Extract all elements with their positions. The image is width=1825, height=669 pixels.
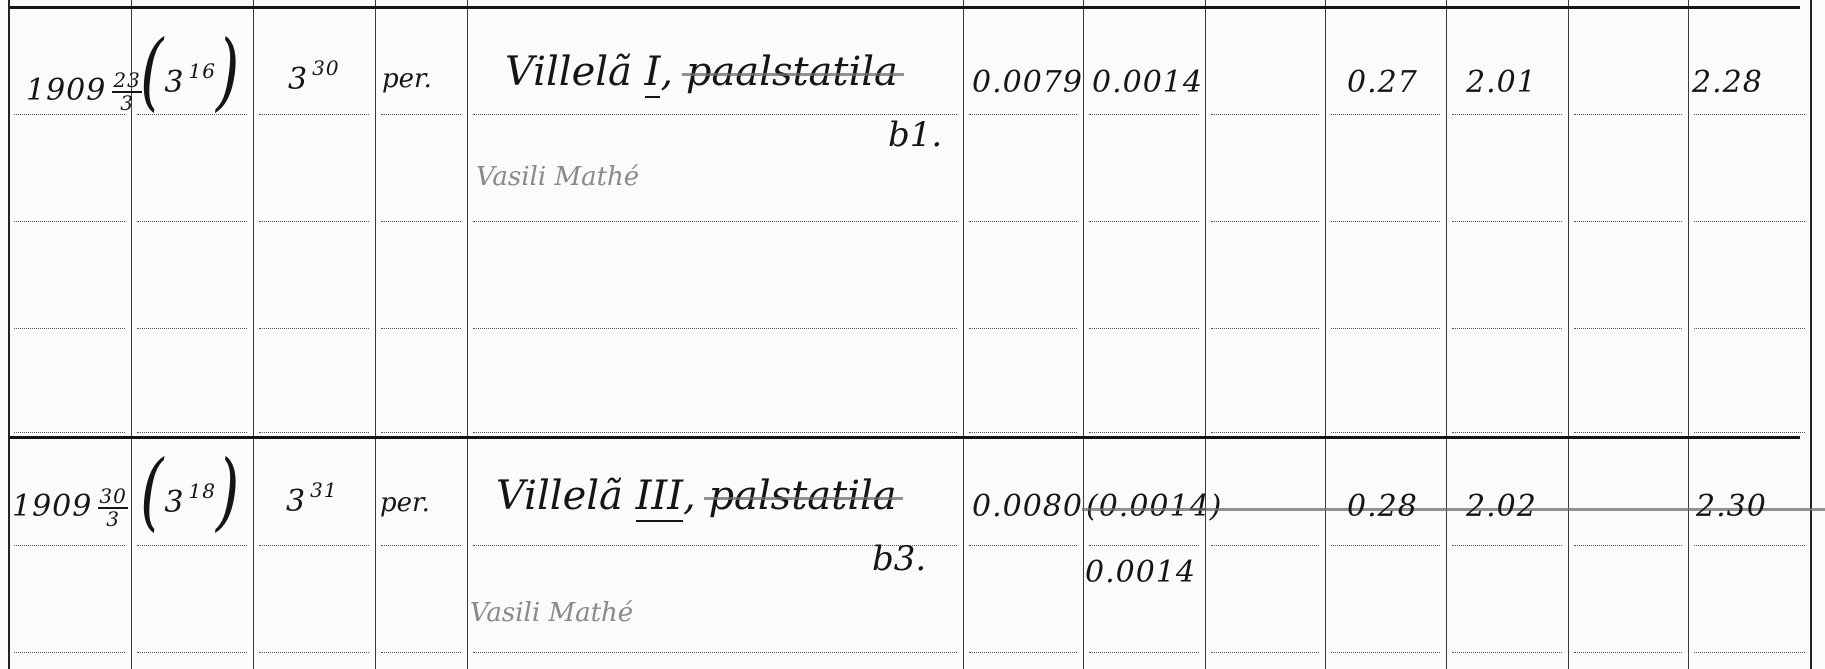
ruled-line <box>137 328 247 329</box>
close-paren: ) <box>216 30 240 114</box>
entry-code: b3. <box>872 542 926 576</box>
ruled-line <box>1331 328 1440 329</box>
name: Villelã <box>505 49 632 95</box>
entry-separator <box>10 436 1800 439</box>
ruled-line <box>1211 652 1319 653</box>
ruled-line <box>1211 432 1319 433</box>
ruled-line <box>969 328 1077 329</box>
hour: 3 <box>286 484 306 519</box>
ledger-page: 1909233 (316) 330 per. Villelã I, paalst… <box>0 0 1825 669</box>
column-rule <box>375 0 376 669</box>
entry-date: 1909233 <box>26 70 142 114</box>
ruled-line <box>14 328 125 329</box>
ruled-line <box>1694 652 1805 653</box>
ruled-line <box>14 652 125 653</box>
hour: 3 <box>164 485 184 520</box>
ruled-line <box>381 221 461 222</box>
ruled-line <box>1331 221 1440 222</box>
year: 1909 <box>26 73 106 108</box>
ruled-line <box>1694 114 1805 115</box>
ruled-line <box>473 221 957 222</box>
ruled-line <box>381 652 461 653</box>
right-border <box>1810 0 1812 669</box>
ruled-line <box>473 652 957 653</box>
month: 3 <box>98 509 127 530</box>
ruled-line <box>473 432 957 433</box>
ruled-line <box>1574 652 1682 653</box>
ruled-line <box>259 652 369 653</box>
ruled-line <box>1452 652 1562 653</box>
ruled-line <box>1452 221 1562 222</box>
column-rule <box>1325 0 1326 669</box>
bracket-time: (318) <box>140 462 240 522</box>
column-rule <box>1688 0 1689 669</box>
column-rule <box>1446 0 1447 669</box>
ruled-line <box>1089 328 1199 329</box>
ruled-line <box>381 114 461 115</box>
day: 30 <box>98 486 127 509</box>
column-rule <box>467 0 468 669</box>
ruled-line <box>14 221 125 222</box>
column-rule <box>963 0 964 669</box>
entry-name: Villelã III, palstatila <box>496 476 897 516</box>
ruled-line <box>1331 114 1440 115</box>
value-col-b-corrected: 0.0014 <box>1085 558 1196 588</box>
date-fraction: 233 <box>112 70 141 114</box>
ruled-line <box>1211 545 1319 546</box>
ruled-line <box>137 652 247 653</box>
ruled-line <box>1574 221 1682 222</box>
month: 3 <box>112 93 141 114</box>
entry-code: b1. <box>888 118 942 152</box>
entry-date: 1909303 <box>12 486 128 530</box>
ruled-line <box>969 432 1077 433</box>
value-col-e: 2.02 <box>1466 492 1537 522</box>
column-rule <box>253 0 254 669</box>
ruled-line <box>1211 114 1319 115</box>
ruled-line <box>473 328 957 329</box>
ruled-line <box>969 221 1077 222</box>
ruled-line <box>137 432 247 433</box>
minute: 18 <box>189 479 216 503</box>
ruled-line <box>1694 221 1805 222</box>
ruled-line <box>1574 114 1682 115</box>
struck-word: paalstatila <box>686 49 898 95</box>
abbrev: per. <box>380 490 430 516</box>
value-col-g: 2.28 <box>1692 68 1763 98</box>
struck-word: palstatila <box>708 473 896 519</box>
ruled-line <box>1211 328 1319 329</box>
ruled-line <box>1089 652 1199 653</box>
value-col-e: 2.01 <box>1466 68 1537 98</box>
ruled-line <box>1089 545 1199 546</box>
open-paren: ( <box>140 30 164 114</box>
ruled-line <box>969 114 1077 115</box>
hour: 3 <box>164 65 184 100</box>
hour: 3 <box>288 62 308 97</box>
ruled-line <box>381 328 461 329</box>
ruled-line <box>969 652 1077 653</box>
day: 23 <box>112 70 141 93</box>
bracket-time: (316) <box>140 42 240 102</box>
ruled-line <box>14 432 125 433</box>
ruled-line <box>1694 328 1805 329</box>
ruled-line <box>1089 221 1199 222</box>
time: 331 <box>286 480 338 517</box>
ruled-line <box>1331 545 1440 546</box>
ruled-line <box>1694 432 1805 433</box>
date-fraction: 303 <box>98 486 127 530</box>
ruled-line <box>1211 221 1319 222</box>
minute: 16 <box>189 59 216 83</box>
ruled-line <box>1331 652 1440 653</box>
abbrev: per. <box>382 66 432 92</box>
ruled-line <box>259 328 369 329</box>
ruled-line <box>259 221 369 222</box>
ruled-line <box>1452 114 1562 115</box>
ruled-line <box>969 545 1077 546</box>
entry-name: Villelã I, paalstatila <box>505 52 898 92</box>
column-rule <box>1205 0 1206 669</box>
ruled-line <box>1574 328 1682 329</box>
name: Villelã <box>496 473 623 519</box>
numeral: III <box>636 473 683 522</box>
numeral: I <box>645 49 661 98</box>
close-paren: ) <box>216 450 240 534</box>
ruled-line <box>1452 432 1562 433</box>
ruled-line <box>259 545 369 546</box>
ruled-line <box>1574 545 1682 546</box>
minute: 31 <box>310 478 337 502</box>
ruled-line <box>381 545 461 546</box>
value-col-a: 0.0079 <box>972 68 1083 98</box>
open-paren: ( <box>140 450 164 534</box>
ledger-entry: 1909303 (318) 331 per. Villelã III, pals… <box>0 0 1825 30</box>
ruled-line <box>14 545 125 546</box>
ruled-line <box>137 545 247 546</box>
ruled-line <box>259 114 369 115</box>
value-col-g: 2.30 <box>1696 492 1767 522</box>
left-border <box>8 0 10 669</box>
column-rule <box>1568 0 1569 669</box>
minute: 30 <box>312 56 339 80</box>
ruled-line <box>14 114 125 115</box>
ruled-line <box>1089 432 1199 433</box>
ruled-line <box>1089 114 1199 115</box>
column-rule <box>1083 0 1084 669</box>
ruled-line <box>1452 545 1562 546</box>
ruled-line <box>381 432 461 433</box>
pencil-note: Vasili Mathé <box>476 164 639 190</box>
ruled-line <box>473 114 957 115</box>
ruled-line <box>1574 432 1682 433</box>
ruled-line <box>1331 432 1440 433</box>
year: 1909 <box>12 489 92 524</box>
ruled-line <box>1694 545 1805 546</box>
ruled-line <box>137 221 247 222</box>
ruled-line <box>259 432 369 433</box>
time: 330 <box>288 58 340 95</box>
entry-separator <box>10 6 1800 9</box>
value-col-d: 0.28 <box>1347 492 1418 522</box>
ruled-line <box>1452 328 1562 329</box>
value-col-a: 0.0080 <box>972 492 1083 522</box>
value-col-d: 0.27 <box>1347 68 1418 98</box>
pencil-note: Vasili Mathé <box>470 600 633 626</box>
value-col-b: 0.0014 <box>1092 68 1203 98</box>
